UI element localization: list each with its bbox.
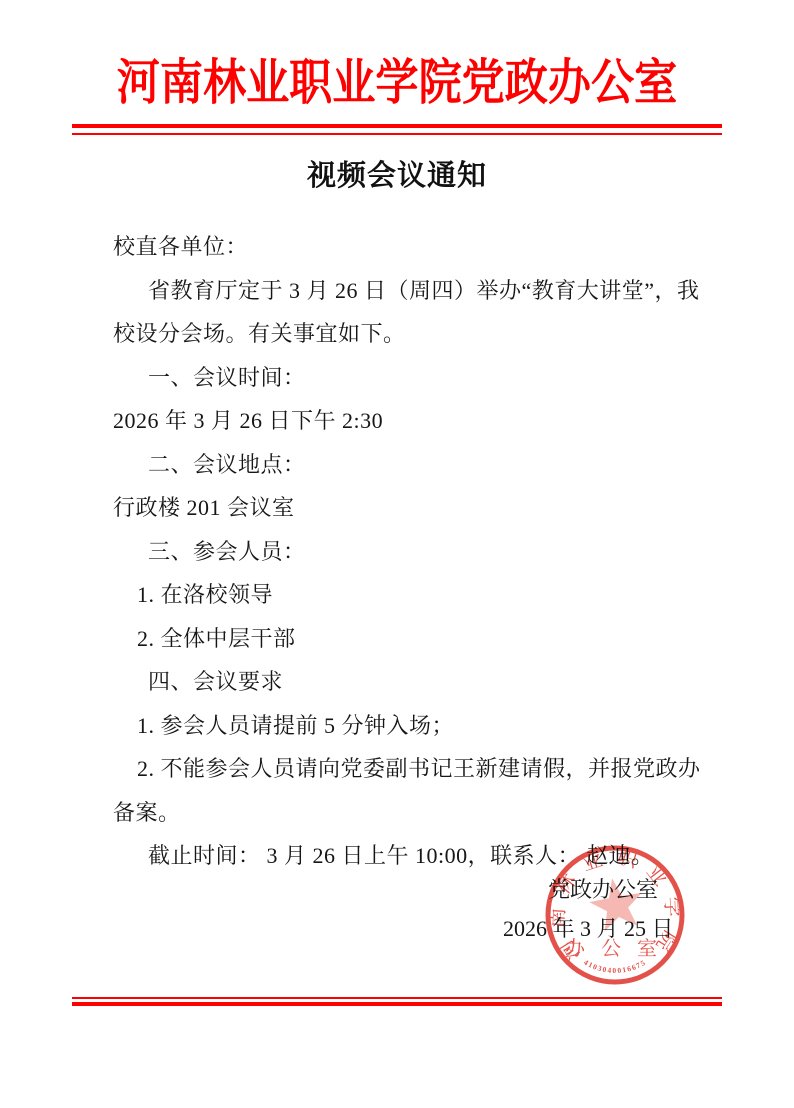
body-line: 三、参会人员： bbox=[113, 530, 713, 574]
document-page: 河南林业职业学院党政办公室 视频会议通知 校直各单位： 省教育厅定于 3 月 2… bbox=[0, 0, 794, 1108]
body-line: 备案。 bbox=[113, 791, 713, 835]
body-line: 1. 在洛校领导 bbox=[113, 573, 713, 617]
body-line: 校设分会场。有关事宜如下。 bbox=[113, 312, 713, 356]
document-title: 视频会议通知 bbox=[0, 158, 794, 194]
header-rule-thick bbox=[72, 124, 722, 128]
body-line: 一、会议时间： bbox=[113, 356, 713, 400]
body-line: 行政楼 201 会议室 bbox=[113, 486, 713, 530]
stamp-serial-number: 4103040016675 bbox=[582, 958, 648, 975]
footer-rule-thick bbox=[72, 1002, 722, 1006]
footer-rule-thin bbox=[72, 997, 722, 999]
body-line: 截止时间： 3 月 26 日上午 10:00，联系人： 赵迪。 bbox=[113, 834, 713, 878]
body-line: 二、会议地点： bbox=[113, 443, 713, 487]
body-line: 2. 全体中层干部 bbox=[113, 617, 713, 661]
body-line: 1. 参会人员请提前 5 分钟入场； bbox=[113, 704, 713, 748]
body-line: 2. 不能参会人员请向党委副书记王新建请假，并报党政办 bbox=[113, 747, 713, 791]
header-rule-thin bbox=[72, 133, 722, 135]
letterhead-title: 河南林业职业学院党政办公室 bbox=[48, 57, 747, 113]
document-body: 校直各单位： 省教育厅定于 3 月 26 日（周四）举办“教育大讲堂”，我 校设… bbox=[113, 225, 713, 878]
body-line: 校直各单位： bbox=[113, 225, 713, 269]
stamp-serial-textpath: 4103040016675 bbox=[582, 958, 648, 975]
body-line: 四、会议要求 bbox=[113, 660, 713, 704]
body-line: 省教育厅定于 3 月 26 日（周四）举办“教育大讲堂”，我 bbox=[113, 269, 713, 313]
signature-office: 党政办公室 bbox=[548, 875, 658, 905]
signature-date: 2026 年 3 月 25 日 bbox=[503, 914, 674, 944]
body-line: 2026 年 3 月 26 日下午 2:30 bbox=[113, 399, 713, 443]
